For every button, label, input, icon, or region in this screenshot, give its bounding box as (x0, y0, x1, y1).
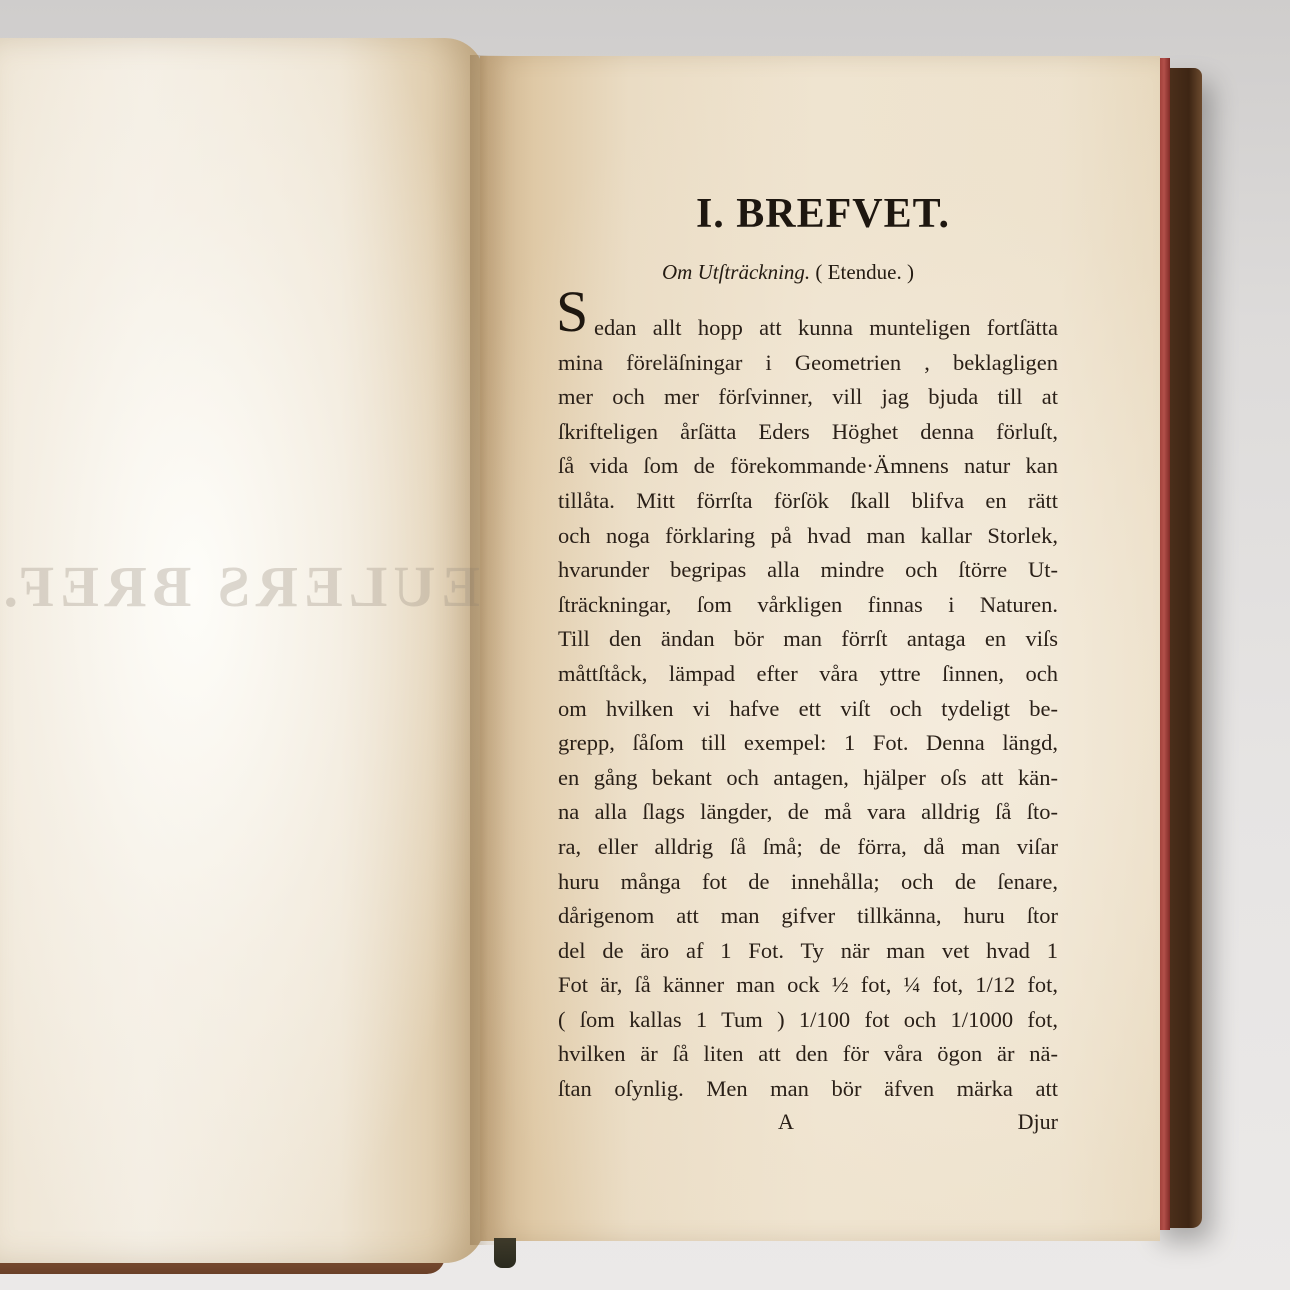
book-gutter-shadow (470, 55, 510, 1245)
text-line: Till den ändan bör man förrſt antaga en … (558, 622, 1058, 657)
ribbon-bookmark (494, 1238, 516, 1268)
text-line: måttſtåck, lämpad efter våra yttre ſinne… (558, 657, 1058, 692)
text-line: mer och mer förſvinner, vill jag bjuda t… (558, 380, 1058, 415)
drop-cap: S (556, 283, 588, 341)
text-line: ſkrifteligen årſätta Eders Höghet denna … (558, 415, 1058, 450)
body-text: S edan allt hopp att kunna munteligen fo… (558, 311, 1058, 1107)
show-through-title: EULERS BREF. (0, 553, 480, 620)
text-line: ſtan oſynlig. Men man bör äfven märka at… (558, 1072, 1058, 1107)
page-text: I. BREFVET. Om Utſträckning. ( Etendue. … (558, 190, 1058, 1135)
text-line: S edan allt hopp att kunna munteligen fo… (558, 311, 1058, 346)
text-line: dårigenom att man gifver tillkänna, huru… (558, 899, 1058, 934)
left-page: EULERS BREF. (0, 38, 485, 1263)
text-line: mina föreläſningar i Geometrien , beklag… (558, 346, 1058, 381)
catchword: Djur (1018, 1109, 1058, 1135)
text-line: ( ſom kallas 1 Tum ) 1/100 fot och 1/100… (558, 1003, 1058, 1038)
chapter-title: I. BREFVET. (588, 190, 1058, 238)
signature-mark: A (778, 1109, 794, 1135)
text-line: na alla ſlags längder, de må vara alldri… (558, 795, 1058, 830)
text-line: en gång bekant och antagen, hjälper oſs … (558, 761, 1058, 796)
subtitle-swedish: Om Utſträckning. (662, 260, 810, 284)
chapter-subtitle: Om Utſträckning. ( Etendue. ) (518, 260, 1058, 285)
book-photo: EULERS BREF. I. BREFVET. Om Utſträckning… (0, 0, 1290, 1290)
text-line: ſträckningar, ſom vårkligen finnas i Nat… (558, 588, 1058, 623)
text-line: om hvilken vi hafve ett viſt och tydelig… (558, 692, 1058, 727)
text-line: ſå vida ſom de förekommande·Ämnens natur… (558, 449, 1058, 484)
text-line: huru många fot de innehålla; och de ſena… (558, 865, 1058, 900)
text-line: ra, eller alldrig ſå ſmå; de förra, då m… (558, 830, 1058, 865)
text-line: Fot är, ſå känner man ock ½ fot, ¼ fot, … (558, 968, 1058, 1003)
text-line: grepp, ſåſom till exempel: 1 Fot. Denna … (558, 726, 1058, 761)
text-line: och noga förklaring på hvad man kallar S… (558, 519, 1058, 554)
text-line: del de äro af 1 Fot. Ty när man vet hvad… (558, 934, 1058, 969)
text-line: tillåta. Mitt förrſta förſök ſkall blifv… (558, 484, 1058, 519)
text-line: hvilken är ſå liten att den för våra ögo… (558, 1037, 1058, 1072)
text-line: hvarunder begripas alla mindre och ſtörr… (558, 553, 1058, 588)
page-footer: A Djur (558, 1109, 1058, 1135)
subtitle-french: ( Etendue. ) (815, 260, 914, 284)
